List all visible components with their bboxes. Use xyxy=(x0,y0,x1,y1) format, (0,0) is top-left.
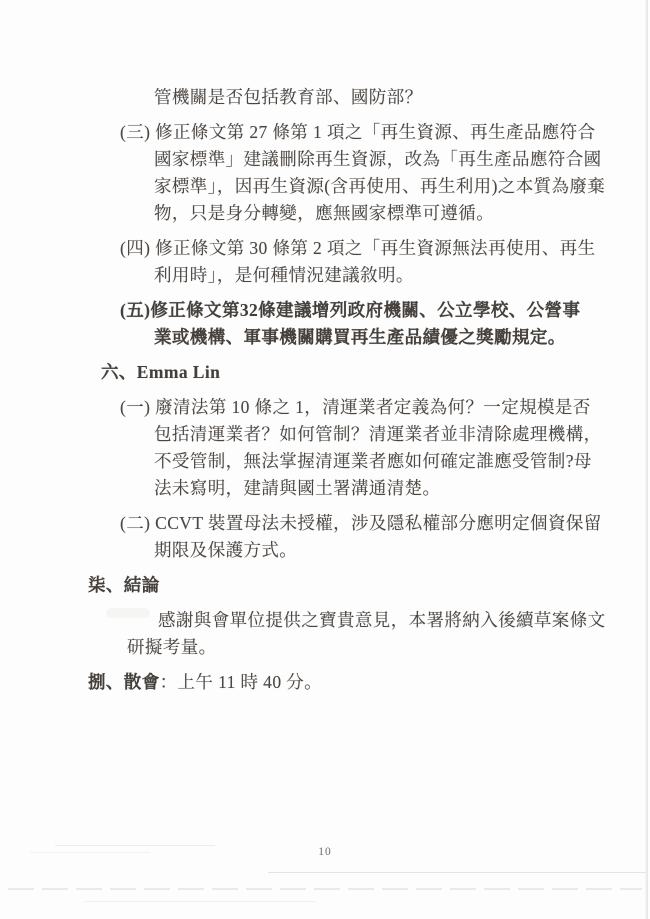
scan-artifact xyxy=(8,888,642,890)
scan-artifact xyxy=(55,845,215,846)
adjournment-time: ：上午 11 時 40 分。 xyxy=(160,672,322,692)
text-line: 家標準」，因再生資源(含再使用、再生利用)之本質為廢棄 xyxy=(154,173,650,200)
section-heading-adjournment: 捌、散會：上午 11 時 40 分。 xyxy=(88,669,650,696)
adjournment-heading: 捌、散會 xyxy=(88,672,160,692)
scan-artifact xyxy=(268,872,646,873)
list-item-4-line: (四) 修正條文第 30 條第 2 項之「再生資源無法再使用、再生 xyxy=(120,235,650,262)
text-line: 物，只是身分轉變，應無國家標準可遵循。 xyxy=(154,200,650,227)
list-item-1-line: (一) 廢清法第 10 條之 1，清運業者定義為何？一定規模是否 xyxy=(120,394,650,421)
scanned-document-page: 管機關是否包括教育部、國防部？ (三) 修正條文第 27 條第 1 項之「再生資… xyxy=(0,0,650,919)
section-heading-conclusion: 柒、結論 xyxy=(88,572,650,599)
text-line: 包括清運業者？如何管制？清運業者並非清除處理機構， xyxy=(154,421,650,448)
list-item-5-line: (五)修正條文第32條建議增列政府機關、公立學校、公營事 xyxy=(120,297,650,324)
text-line: 研擬考量。 xyxy=(127,634,650,661)
list-item-3-line: (三) 修正條文第 27 條第 1 項之「再生資源、再生產品應符合 xyxy=(120,119,650,146)
text-line: 法未寫明，建請與國土署溝通清楚。 xyxy=(154,475,650,502)
text-line: 不受管制，無法掌握清運業者應如何確定誰應受管制?母 xyxy=(154,448,650,475)
text-line: 管機關是否包括教育部、國防部？ xyxy=(154,84,650,111)
text-line: 利用時」，是何種情況建議敘明。 xyxy=(154,262,650,289)
page-number: 10 xyxy=(303,846,347,858)
list-item-2-line: (二) CCVT 裝置母法未授權，涉及隱私權部分應明定個資保留 xyxy=(120,510,650,537)
scan-artifact xyxy=(30,852,150,853)
text-line: 業或機構、軍事機關購買再生產品績優之獎勵規定。 xyxy=(154,324,650,351)
section-heading-six: 六、Emma Lin xyxy=(101,359,650,386)
document-text-block: 管機關是否包括教育部、國防部？ (三) 修正條文第 27 條第 1 項之「再生資… xyxy=(0,0,650,696)
text-line: 國家標準」建議刪除再生資源，改為「再生產品應符合國 xyxy=(154,146,650,173)
scan-artifact xyxy=(85,901,315,902)
text-line: 感謝與會單位提供之寶貴意見，本署將納入後續草案條文 xyxy=(158,607,650,634)
text-line: 期限及保護方式。 xyxy=(154,537,650,564)
